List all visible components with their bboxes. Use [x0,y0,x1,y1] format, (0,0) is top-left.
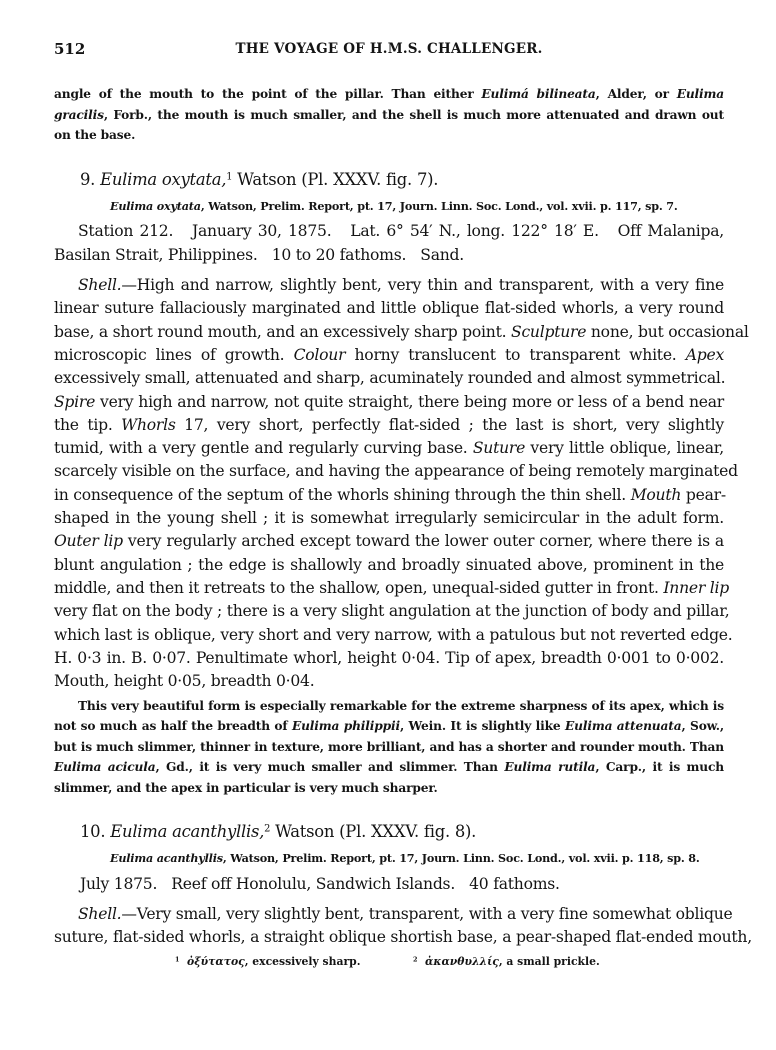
locality-line: July 1875. Reef off Honolulu, Sandwich I… [80,875,750,893]
text-line: Shell.—High and narrow, slightly bent, v… [78,276,724,294]
species-authority: Watson (Pl. XXXV. fig. 8). [270,822,476,841]
footnote-2: 2 ἀκανθυλλίς, a small prickle. [413,955,600,968]
italic-term: Mouth [631,486,681,504]
footnote-greek-word: ὀξύτατος [187,955,245,968]
text-line: which last is oblique, very short and ve… [54,626,724,644]
species-name: Eulima oxytata, [100,170,226,189]
text-line: the tip. Whorls 17, very short, perfectl… [54,416,724,434]
species-citation-10: Eulima acanthyllis, Watson, Prelim. Repo… [110,851,722,865]
text-line: suture, flat-sided whorls, a straight ob… [54,928,724,946]
species-authority: Watson (Pl. XXXV. fig. 7). [232,170,438,189]
species-number: 9. [80,170,95,189]
text-line: linear suture fallaciously marginated an… [54,299,724,317]
footnote-mark: 2 [413,955,418,963]
running-title: THE VOYAGE OF H.M.S. CHALLENGER. [54,41,724,57]
text-line: in consequence of the septum of the whor… [54,486,724,504]
italic-term: Apex [686,346,724,364]
text-line: Eulima acicula, Gd., it is very much sma… [54,760,724,774]
italic-term: Suture [473,439,525,457]
text-line: but is much slimmer, thinner in texture,… [54,740,724,754]
text-line: This very beautiful form is especially r… [78,699,724,713]
text-line: angle of the mouth to the point of the p… [54,87,724,101]
italic-term: Eulimá bilineata [481,87,595,101]
footnote-mark: 1 [175,955,180,963]
text-line: H. 0·3 in. B. 0·07. Penultimate whorl, h… [54,649,724,667]
text-line: gracilis, Forb., the mouth is much small… [54,108,724,122]
text-line: microscopic lines of growth. Colour horn… [54,346,724,364]
book-page: 512 THE VOYAGE OF H.M.S. CHALLENGER. ang… [0,0,776,1050]
running-header: 512 THE VOYAGE OF H.M.S. CHALLENGER. [54,40,724,60]
footnote-greek-word: ἀκανθυλλίς [425,955,499,968]
italic-term: Shell. [78,905,121,923]
footnote-text: , excessively sharp. [245,955,361,968]
species-heading-10: 10. Eulima acanthyllis,2 Watson (Pl. XXX… [80,822,720,841]
text-line: scarcely visible on the surface, and hav… [54,462,724,480]
text-line: Outer lip very regularly arched except t… [54,532,724,550]
text-line: very flat on the body ; there is a very … [54,602,724,620]
italic-term: Spire [54,393,95,411]
italic-term: Eulima philippii [292,719,400,733]
species-heading-9: 9. Eulima oxytata,1 Watson (Pl. XXXV. fi… [80,170,720,189]
text-line: not so much as half the breadth of Eulim… [54,719,724,733]
text-line: slimmer, and the apex in particular is v… [54,781,724,795]
locality-line: Basilan Strait, Philippines. 10 to 20 fa… [54,246,724,264]
citation-name: Eulima acanthyllis [110,851,223,865]
italic-term: gracilis [54,108,104,122]
italic-term: Whorls [121,416,175,434]
italic-term: Shell. [78,276,121,294]
italic-term: Sculpture [511,323,586,341]
footnote-1: 1 ὀξύτατος, excessively sharp. [175,955,360,968]
text-line: Mouth, height 0·05, breadth 0·04. [54,672,724,690]
text-line: blunt angulation ; the edge is shallowly… [54,556,724,574]
text-line: Spire very high and narrow, not quite st… [54,393,724,411]
citation-text: , Watson, Prelim. Report, pt. 17, Journ.… [223,851,700,865]
text-line: shaped in the young shell ; it is somewh… [54,509,724,527]
species-citation-9: Eulima oxytata, Watson, Prelim. Report, … [110,199,722,213]
italic-term: Colour [294,346,346,364]
text-line: excessively small, attenuated and sharp,… [54,369,724,387]
italic-term: Eulima acicula [54,760,155,774]
italic-term: Eulima attenuata [565,719,681,733]
text-line: tumid, with a very gentle and regularly … [54,439,724,457]
text-line: base, a short round mouth, and an excess… [54,323,724,341]
locality-line: Station 212. January 30, 1875. Lat. 6° 5… [78,222,724,240]
citation-text: , Watson, Prelim. Report, pt. 17, Journ.… [201,199,678,213]
italic-term: Eulima rutila [504,760,595,774]
species-number: 10. [80,822,105,841]
footnote-text: , a small prickle. [499,955,600,968]
italic-term: Eulima [677,87,724,101]
italic-term: Inner lip [663,579,729,597]
species-name: Eulima acanthyllis, [110,822,264,841]
text-line: on the base. [54,128,724,142]
citation-name: Eulima oxytata [110,199,201,213]
italic-term: Outer lip [54,532,123,550]
text-line: middle, and then it retreats to the shal… [54,579,724,597]
text-line: Shell.—Very small, very slightly bent, t… [78,905,724,923]
